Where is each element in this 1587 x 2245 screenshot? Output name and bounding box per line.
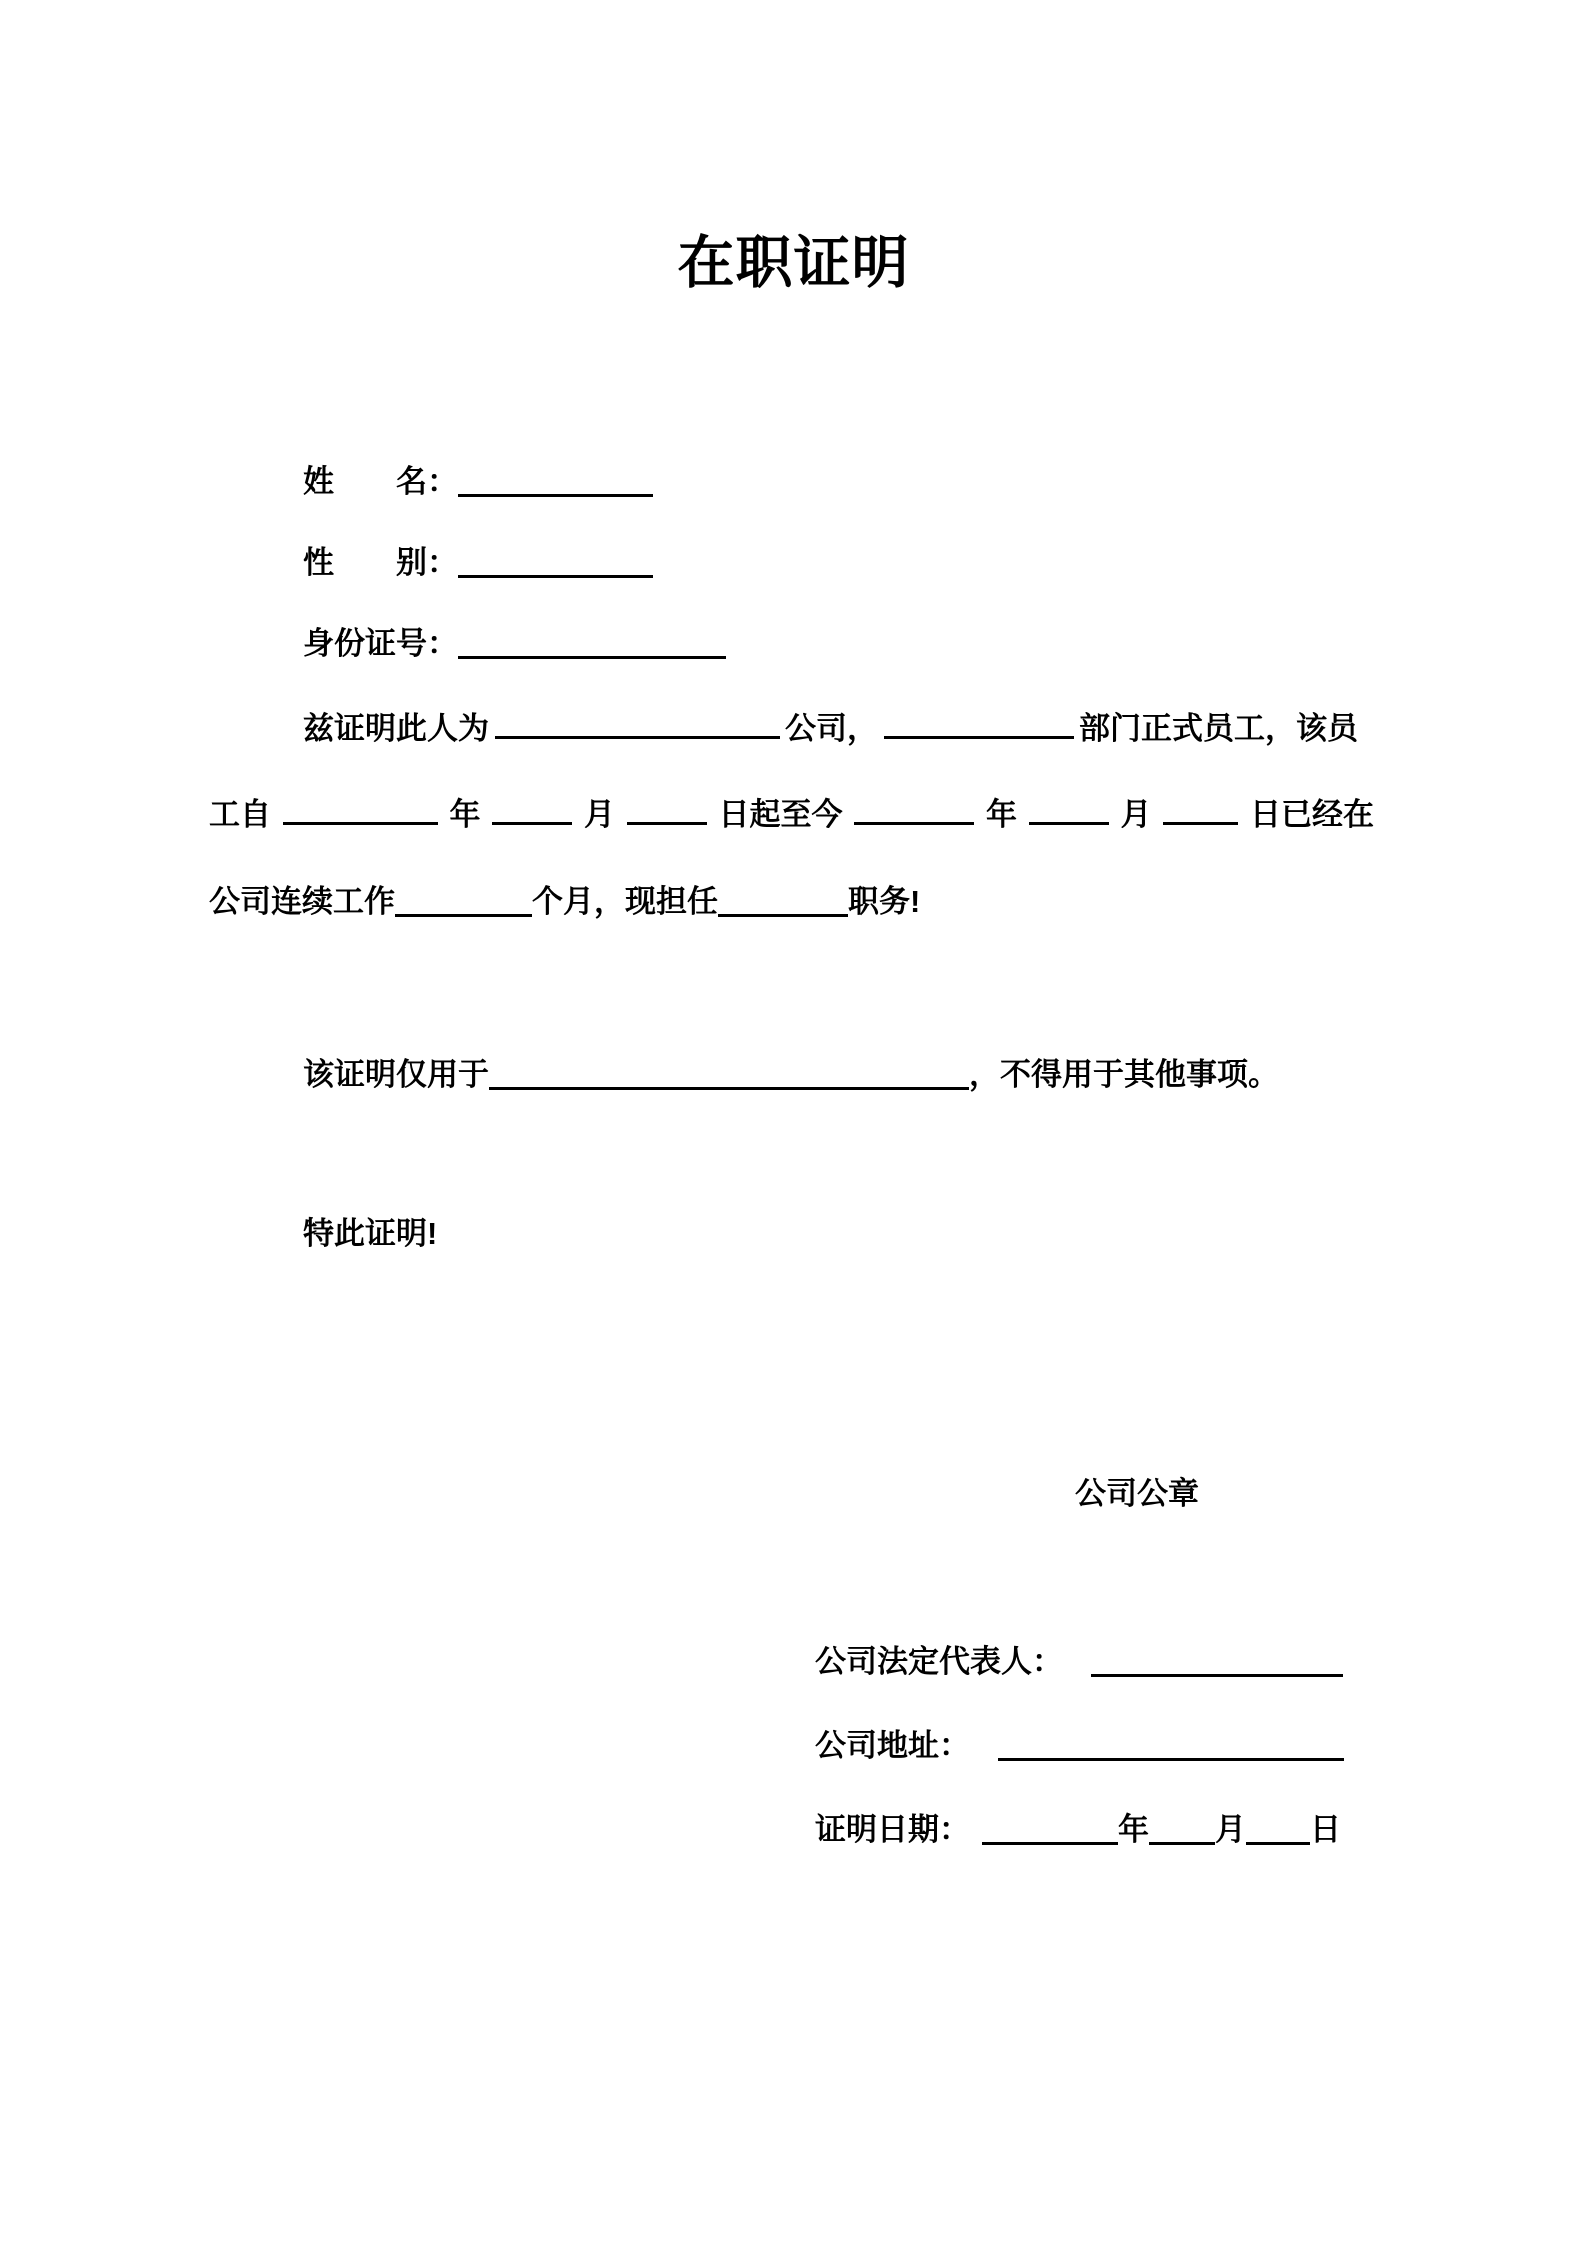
body-text: 年 — [986, 795, 1017, 835]
name-blank-line — [458, 487, 653, 497]
certificate-date-label: 证明日期： — [815, 1812, 970, 1847]
body-text: 公司连续工作 — [209, 884, 395, 919]
department-blank-line — [884, 729, 1074, 739]
body-text: 月 — [584, 795, 615, 835]
field-row-name: 姓 名： — [303, 462, 653, 502]
body-text: 日已经在 — [1250, 795, 1374, 835]
body-line-1: 兹证明此人为公司，部门正式员工，该员 — [303, 709, 1358, 749]
body-text: 兹证明此人为 — [303, 709, 489, 749]
legal-rep-blank-line — [1091, 1667, 1343, 1677]
position-blank-line — [718, 907, 848, 917]
purpose-text-end: ，不得用于其他事项。 — [969, 1057, 1279, 1092]
field-row-id-number: 身份证号： — [303, 624, 726, 664]
current-year-blank-line — [854, 815, 974, 825]
current-day-blank-line — [1163, 815, 1238, 825]
start-day-blank-line — [627, 815, 707, 825]
body-text: 部门正式员工，该员 — [1079, 709, 1358, 749]
body-text: 日起至今 — [719, 795, 843, 835]
body-text: 职务! — [848, 884, 920, 919]
field-row-gender: 性 别： — [303, 543, 653, 583]
company-address-label: 公司地址： — [815, 1728, 970, 1763]
purpose-line: 该证明仅用于，不得用于其他事项。 — [303, 1055, 1279, 1095]
date-year-blank-line — [982, 1835, 1118, 1845]
company-address-row: 公司地址： — [815, 1726, 1344, 1766]
legal-rep-row: 公司法定代表人： — [815, 1642, 1343, 1682]
legal-rep-label: 公司法定代表人： — [815, 1644, 1063, 1679]
certificate-date-row: 证明日期：年月日 — [815, 1810, 1341, 1850]
gender-label: 性 别： — [303, 545, 458, 580]
months-count-blank-line — [395, 907, 532, 917]
start-year-blank-line — [283, 815, 438, 825]
month-label: 月 — [1215, 1812, 1246, 1847]
name-label: 姓 名： — [303, 464, 458, 499]
body-text: 工自 — [209, 795, 271, 835]
body-line-2: 工自年月日起至今年月日已经在 — [209, 795, 1374, 835]
seal-label: 公司公章 — [1075, 1476, 1199, 1511]
body-text: 月 — [1121, 795, 1152, 835]
company-name-blank-line — [495, 729, 780, 739]
date-day-blank-line — [1246, 1835, 1310, 1845]
start-month-blank-line — [492, 815, 572, 825]
date-month-blank-line — [1149, 1835, 1215, 1845]
employment-certificate-page: 在职证明 姓 名： 性 别： 身份证号： 兹证明此人为公司，部门正式员工，该员 … — [0, 0, 1587, 2245]
body-text: 个月，现担任 — [532, 884, 718, 919]
day-label: 日 — [1310, 1812, 1341, 1847]
id-number-blank-line — [458, 649, 726, 659]
body-text: 公司， — [785, 709, 878, 749]
closing-text: 特此证明! — [303, 1216, 437, 1251]
page-title: 在职证明 — [0, 217, 1587, 299]
body-line-3: 公司连续工作个月，现担任职务! — [209, 882, 920, 922]
body-text: 年 — [450, 795, 481, 835]
gender-blank-line — [458, 568, 653, 578]
closing-line: 特此证明! — [303, 1214, 437, 1254]
purpose-blank-line — [489, 1080, 969, 1090]
current-month-blank-line — [1029, 815, 1109, 825]
company-address-blank-line — [998, 1751, 1344, 1761]
purpose-text: 该证明仅用于 — [303, 1057, 489, 1092]
id-number-label: 身份证号： — [303, 626, 458, 661]
year-label: 年 — [1118, 1812, 1149, 1847]
company-seal-caption: 公司公章 — [1075, 1474, 1199, 1514]
